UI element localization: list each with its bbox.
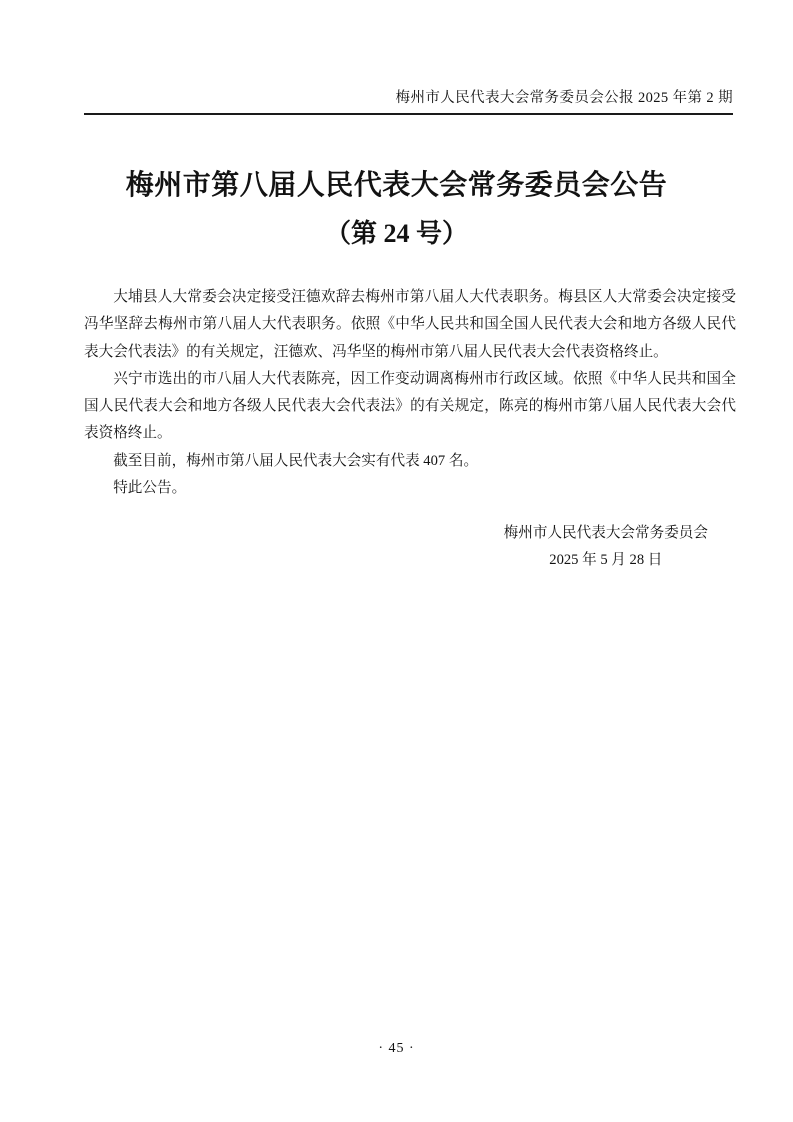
announcement-number: （第 24 号） — [72, 216, 721, 251]
body-paragraph-3: 截至目前，梅州市第八届人民代表大会实有代表 407 名。 — [84, 448, 736, 475]
announcement-body: 大埔县人大常委会决定接受汪德欢辞去梅州市第八届人大代表职务。梅县区人大常委会决定… — [84, 284, 736, 502]
signature-organization: 梅州市人民代表大会常务委员会 — [504, 520, 708, 547]
body-paragraph-1: 大埔县人大常委会决定接受汪德欢辞去梅州市第八届人大代表职务。梅县区人大常委会决定… — [84, 284, 736, 366]
signature-block: 梅州市人民代表大会常务委员会 2025 年 5 月 28 日 — [504, 520, 708, 574]
masthead-text: 梅州市人民代表大会常务委员会公报 2025 年第 2 期 — [84, 89, 733, 108]
page-number: · 45 · — [0, 1040, 793, 1058]
body-paragraph-4: 特此公告。 — [84, 475, 736, 502]
announcement-title: 梅州市第八届人民代表大会常务委员会公告 — [72, 167, 721, 204]
body-paragraph-2: 兴宁市选出的市八届人大代表陈亮，因工作变动调离梅州市行政区域。依照《中华人民共和… — [84, 366, 736, 448]
gazette-page: 梅州市人民代表大会常务委员会公报 2025 年第 2 期 梅州市第八届人民代表大… — [0, 0, 793, 1122]
masthead-rule — [84, 113, 733, 115]
signature-date: 2025 年 5 月 28 日 — [504, 547, 708, 574]
